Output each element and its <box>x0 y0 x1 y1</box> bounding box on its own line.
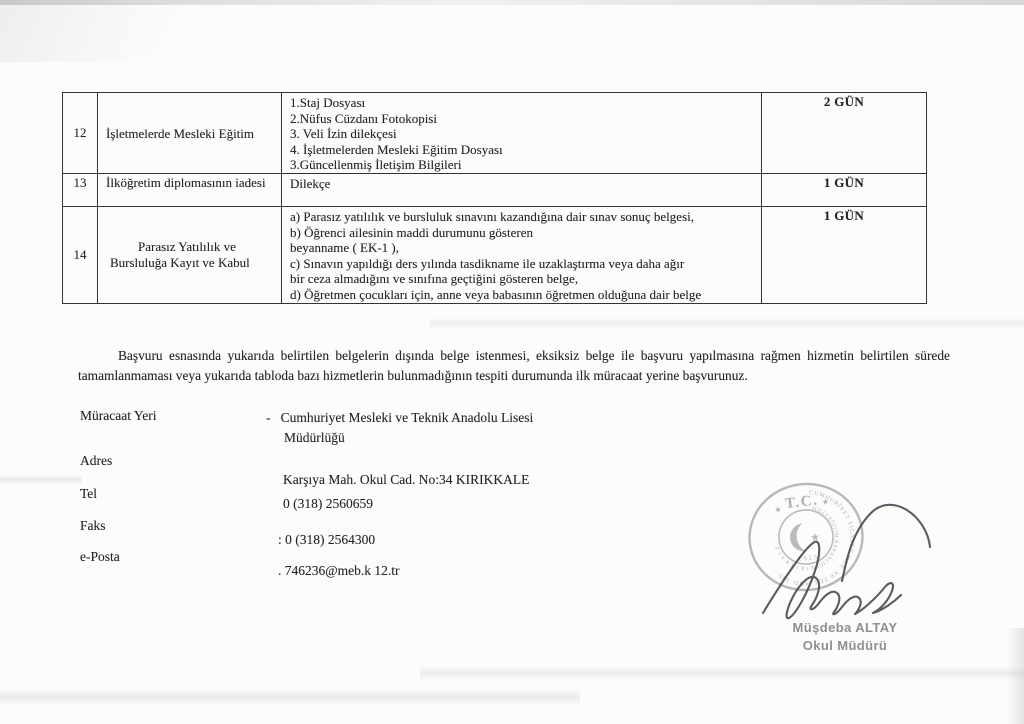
label-tel: Tel <box>80 486 97 502</box>
scan-artifact <box>1006 628 1024 724</box>
document-line: 1.Staj Dosyası <box>290 95 755 111</box>
signature <box>745 455 945 630</box>
signatory-block: Müşdeba ALTAY Okul Müdürü <box>765 619 925 655</box>
document-line: Dilekçe <box>290 176 755 192</box>
row-number: 12 <box>63 93 98 174</box>
services-table: 12 İşletmelerde Mesleki Eğitim 1.Staj Do… <box>62 92 927 304</box>
label-faks: Faks <box>80 518 106 534</box>
note-paragraph: Başvuru esnasında yukarıda belirtilen be… <box>78 346 950 385</box>
required-documents: 1.Staj Dosyası 2.Nüfus Cüzdanı Fotokopis… <box>282 93 762 174</box>
document-line: 4. İşletmelerden Mesleki Eğitim Dosyası <box>290 142 755 158</box>
duration-cell: 2 GÜN <box>762 93 927 174</box>
document-line: a) Parasız yatılılık ve bursluluk sınavı… <box>290 209 755 225</box>
document-line: b) Öğrenci ailesinin maddi durumunu göst… <box>290 225 755 241</box>
required-documents: Dilekçe <box>282 174 762 207</box>
scanned-document-page: 12 İşletmelerde Mesleki Eğitim 1.Staj Do… <box>0 0 1024 724</box>
table-row: 12 İşletmelerde Mesleki Eğitim 1.Staj Do… <box>63 93 927 174</box>
muracaat-yeri-value-2: Müdürlüğü <box>284 430 345 446</box>
adres-value: Karşıya Mah. Okul Cad. No:34 KIRIKKALE <box>283 472 529 488</box>
document-line: 3. Veli İzin dilekçesi <box>290 126 755 142</box>
scan-artifact <box>420 666 1024 680</box>
eposta-value: . 746236@meb.k 12.tr <box>278 563 400 579</box>
label-adres: Adres <box>80 453 112 469</box>
scan-artifact <box>0 0 1024 5</box>
scan-artifact <box>0 0 290 62</box>
signatory-name: Müşdeba ALTAY <box>765 619 925 637</box>
document-line: beyanname ( EK-1 ), <box>290 240 755 256</box>
duration-cell: 1 GÜN <box>762 207 927 304</box>
tel-value: 0 (318) 2560659 <box>283 496 373 512</box>
required-documents: a) Parasız yatılılık ve bursluluk sınavı… <box>282 207 762 304</box>
service-name: İşletmelerde Mesleki Eğitim <box>98 93 282 174</box>
label-muracaat-yeri: Müracaat Yeri <box>80 408 156 424</box>
table-row: 14 Parasız Yatılılık ve Bursluluğa Kayıt… <box>63 207 927 304</box>
row-number: 14 <box>63 207 98 304</box>
service-name: İlköğretim diplomasının iadesi <box>98 174 282 207</box>
document-line: 3.Güncellenmiş İletişim Bilgileri <box>290 157 755 173</box>
signatory-title: Okul Müdürü <box>765 637 925 655</box>
signature-stroke <box>842 505 930 581</box>
document-line: 2.Nüfus Cüzdanı Fotokopisi <box>290 111 755 127</box>
faks-value: : 0 (318) 2564300 <box>278 532 375 548</box>
service-name: Parasız Yatılılık ve Bursluluğa Kayıt ve… <box>98 207 282 304</box>
document-line: c) Sınavın yapıldığı ders yılında tasdik… <box>290 256 755 272</box>
label-eposta: e-Posta <box>80 549 120 565</box>
document-line: d) Öğretmen çocukları için, anne veya ba… <box>290 287 755 303</box>
duration-cell: 1 GÜN <box>762 174 927 207</box>
muracaat-yeri-value: - Cumhuriyet Mesleki ve Teknik Anadolu L… <box>266 410 533 426</box>
scan-artifact <box>430 317 1024 330</box>
table-row: 13 İlköğretim diplomasının iadesi Dilekç… <box>63 174 927 207</box>
scan-artifact <box>0 475 82 484</box>
row-number: 13 <box>63 174 98 207</box>
scan-artifact <box>0 689 580 705</box>
document-line: bir ceza almadığını ve sınıfına geçtiğin… <box>290 271 755 287</box>
signature-stroke <box>763 542 901 618</box>
